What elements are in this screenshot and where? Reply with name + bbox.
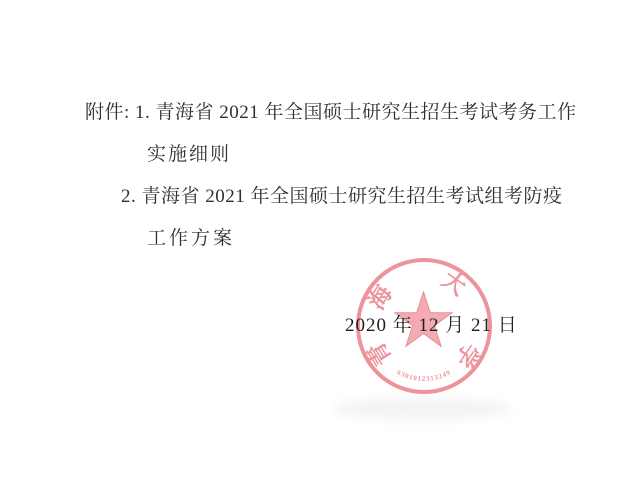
- attachment-line-3: 2. 青海省 2021 年全国硕士研究生招生考试组考防疫: [121, 181, 563, 208]
- seal-char-xue: 学: [450, 339, 484, 373]
- seal-char-qing: 青: [363, 337, 396, 370]
- seal-serial-number-text: 6301012313249: [396, 368, 453, 383]
- seal-char-hai: 海: [363, 280, 398, 314]
- attachment-line-1: 附件: 1. 青海省 2021 年全国硕士研究生招生考试考务工作: [85, 97, 577, 124]
- seal-serial-number: 6301012313249: [396, 368, 453, 383]
- attachment-line-4: 工作方案: [147, 223, 235, 250]
- scan-smudge: [333, 398, 511, 420]
- attachment-line-2: 实施细则: [147, 139, 231, 166]
- seal-char-da: 大: [437, 267, 470, 301]
- document-page: 附件: 1. 青海省 2021 年全国硕士研究生招生考试考务工作 实施细则 2.…: [0, 0, 633, 483]
- signature-date: 2020 年 12 月 21 日: [345, 310, 518, 337]
